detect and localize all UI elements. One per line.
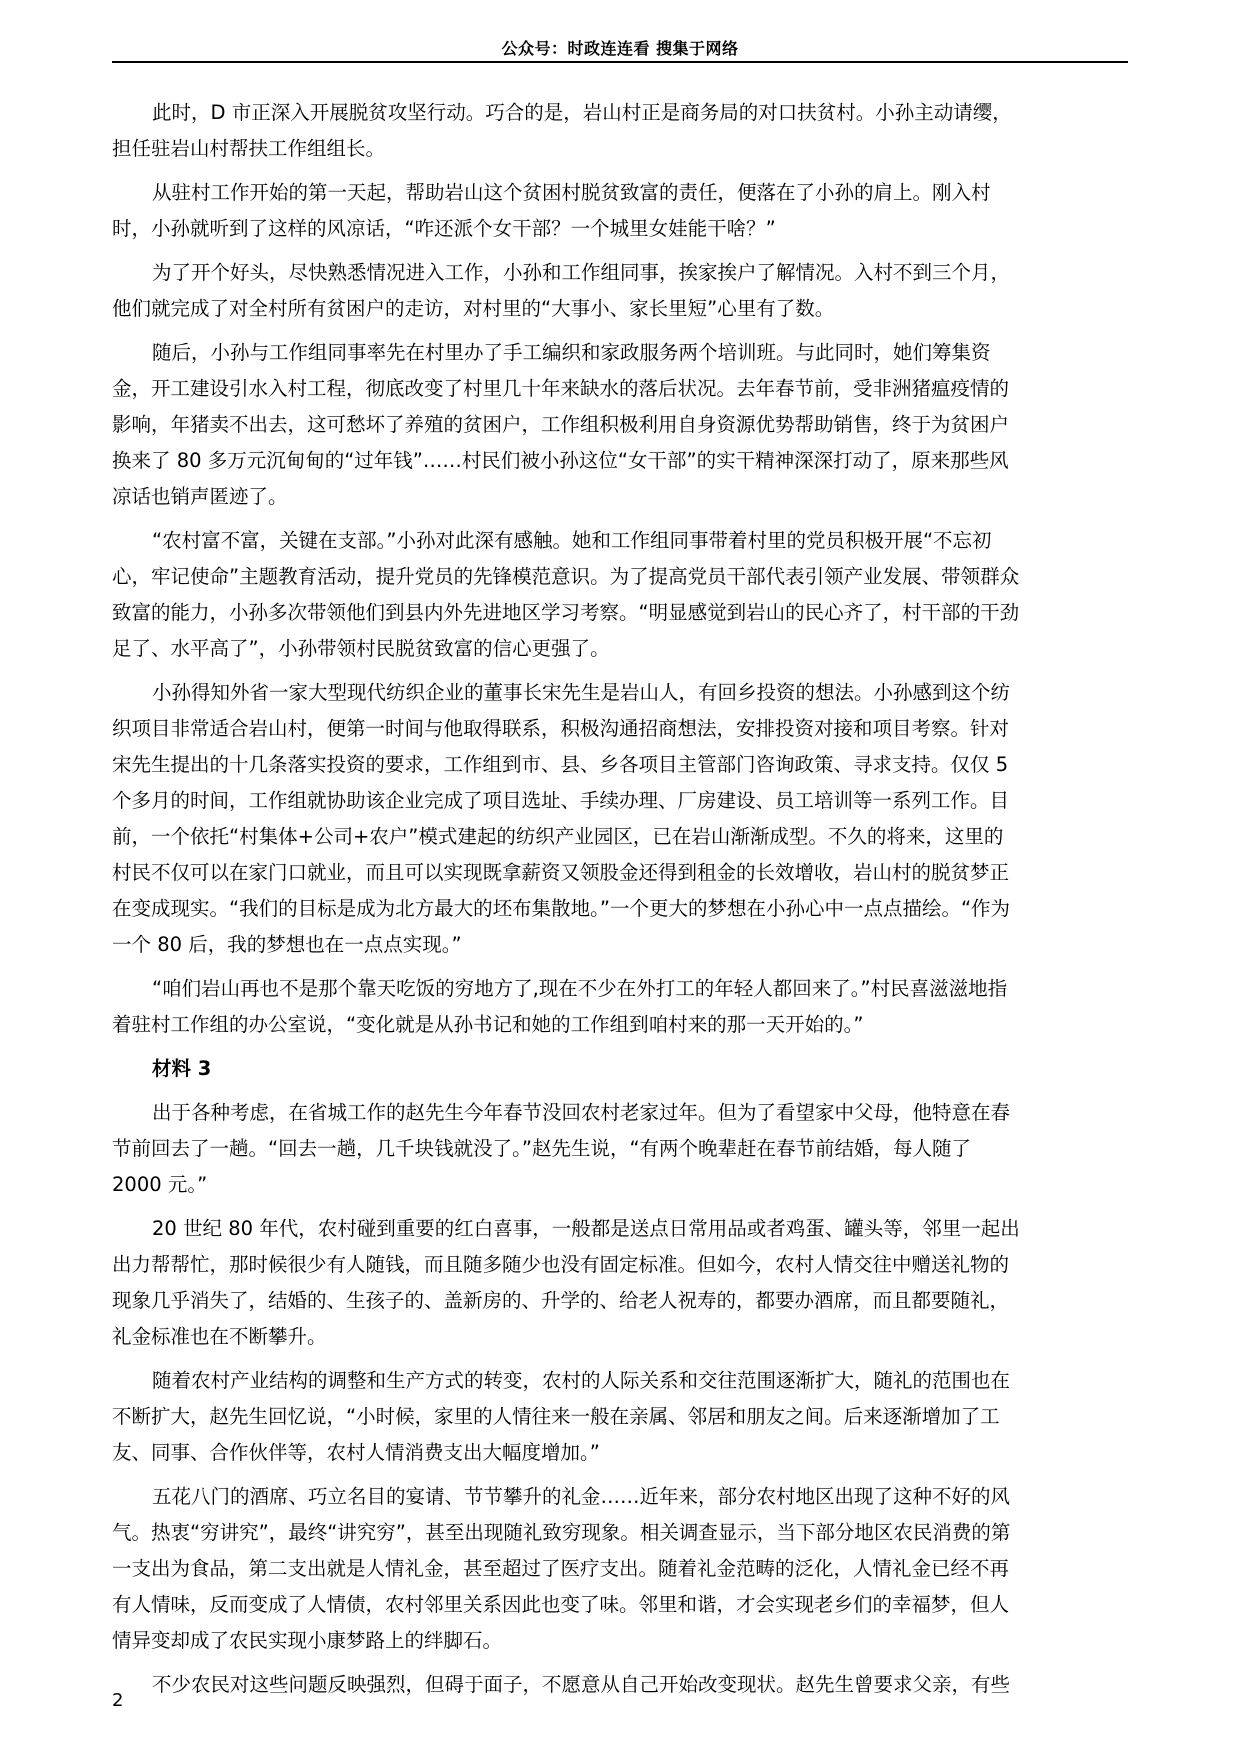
paragraph: 此时，D 市正深入开展脱贫攻坚行动。巧合的是，岩山村正是商务局的对口扶贫村。小孙… [112,95,1112,167]
text-line: 出于各种考虑，在省城工作的赵先生今年春节没回农村老家过年。但为了看望家中父母，他… [112,1095,1112,1131]
text-line: 有人情味，反而变成了人情债，农村邻里关系因此也变了味。邻里和谐，才会实现老乡们的… [112,1587,1112,1623]
text-line: 足了、水平高了”，小孙带领村民脱贫致富的信心更强了。 [112,631,1112,667]
text-line: 气。热衷“穷讲究”，最终“讲究穷”，甚至出现随礼致穷现象。相关调查显示，当下部分… [112,1515,1112,1551]
text-line: 他们就完成了对全村所有贫困户的走访，对村里的“大事小、家长里短”心里有了数。 [112,291,1112,327]
header-rule [112,61,1128,63]
text-line: 一支出为食品，第二支出就是人情礼金，甚至超过了医疗支出。随着礼金范畴的泛化，人情… [112,1551,1112,1587]
text-line: 此时，D 市正深入开展脱贫攻坚行动。巧合的是，岩山村正是商务局的对口扶贫村。小孙… [112,95,1112,131]
paragraph: 五花八门的酒席、巧立名目的宴请、节节攀升的礼金……近年来，部分农村地区出现了这种… [112,1479,1112,1659]
paragraph: 小孙得知外省一家大型现代纺织企业的董事长宋先生是岩山人，有回乡投资的想法。小孙感… [112,675,1112,963]
text-line: 从驻村工作开始的第一天起，帮助岩山这个贫困村脱贫致富的责任，便落在了小孙的肩上。… [112,175,1112,211]
text-line: 织项目非常适合岩山村，便第一时间与他取得联系，积极沟通招商想法，安排投资对接和项… [112,711,1112,747]
text-line: 致富的能力，小孙多次带领他们到县内外先进地区学习考察。“明显感觉到岩山的民心齐了… [112,595,1112,631]
material-3-paragraphs: 出于各种考虑，在省城工作的赵先生今年春节没回农村老家过年。但为了看望家中父母，他… [112,1095,1112,1703]
text-line: 随着农村产业结构的调整和生产方式的转变，农村的人际关系和交往范围逐渐扩大，随礼的… [112,1363,1112,1399]
paragraph: 从驻村工作开始的第一天起，帮助岩山这个贫困村脱贫致富的责任，便落在了小孙的肩上。… [112,175,1112,247]
text-line: 友、同事、合作伙伴等，农村人情消费支出大幅度增加。” [112,1435,1112,1471]
text-line: 担任驻岩山村帮扶工作组组长。 [112,131,1112,167]
paragraph: 不少农民对这些问题反映强烈，但碍于面子，不愿意从自己开始改变现状。赵先生曾要求父… [112,1667,1112,1703]
text-line: 节前回去了一趟。“回去一趟，几千块钱就没了。”赵先生说，“有两个晚辈赶在春节前结… [112,1131,1112,1167]
text-line: “咱们岩山再也不是那个靠天吃饭的穷地方了,现在不少在外打工的年轻人都回来了。”村… [112,971,1112,1007]
paragraph: 为了开个好头，尽快熟悉情况进入工作，小孙和工作组同事，挨家挨户了解情况。入村不到… [112,255,1112,327]
material-2-paragraphs: 此时，D 市正深入开展脱贫攻坚行动。巧合的是，岩山村正是商务局的对口扶贫村。小孙… [112,95,1112,1043]
text-line: 心，牢记使命”主题教育活动，提升党员的先锋模范意识。为了提高党员干部代表引领产业… [112,559,1112,595]
text-line: 出力帮帮忙，那时候很少有人随钱，而且随多随少也没有固定标准。但如今，农村人情交往… [112,1247,1112,1283]
page-header: 公众号：时政连连看 搜集于网络 [112,36,1128,59]
text-line: “农村富不富，关键在支部。”小孙对此深有感触。她和工作组同事带着村里的党员积极开… [112,523,1112,559]
text-line: 着驻村工作组的办公室说，“变化就是从孙书记和她的工作组到咱村来的那一天开始的。” [112,1007,1112,1043]
document-body: 此时，D 市正深入开展脱贫攻坚行动。巧合的是，岩山村正是商务局的对口扶贫村。小孙… [112,95,1112,1711]
paragraph: 随着农村产业结构的调整和生产方式的转变，农村的人际关系和交往范围逐渐扩大，随礼的… [112,1363,1112,1471]
text-line: 凉话也销声匿迹了。 [112,479,1112,515]
text-line: 为了开个好头，尽快熟悉情况进入工作，小孙和工作组同事，挨家挨户了解情况。入村不到… [112,255,1112,291]
text-line: 小孙得知外省一家大型现代纺织企业的董事长宋先生是岩山人，有回乡投资的想法。小孙感… [112,675,1112,711]
paragraph: 随后，小孙与工作组同事率先在村里办了手工编织和家政服务两个培训班。与此同时，她们… [112,335,1112,515]
text-line: 不少农民对这些问题反映强烈，但碍于面子，不愿意从自己开始改变现状。赵先生曾要求父… [112,1667,1112,1703]
text-line: 情异变却成了农民实现小康梦路上的绊脚石。 [112,1623,1112,1659]
text-line: 20 世纪 80 年代，农村碰到重要的红白喜事，一般都是送点日常用品或者鸡蛋、罐… [112,1211,1112,1247]
text-line: 时，小孙就听到了这样的风凉话，“咋还派个女干部？一个城里女娃能干啥？” [112,211,1112,247]
page-number: 2 [112,1690,123,1711]
paragraph: 出于各种考虑，在省城工作的赵先生今年春节没回农村老家过年。但为了看望家中父母，他… [112,1095,1112,1203]
text-line: 五花八门的酒席、巧立名目的宴请、节节攀升的礼金……近年来，部分农村地区出现了这种… [112,1479,1112,1515]
paragraph: “咱们岩山再也不是那个靠天吃饭的穷地方了,现在不少在外打工的年轻人都回来了。”村… [112,971,1112,1043]
paragraph: 20 世纪 80 年代，农村碰到重要的红白喜事，一般都是送点日常用品或者鸡蛋、罐… [112,1211,1112,1355]
text-line: 一个 80 后，我的梦想也在一点点实现。” [112,927,1112,963]
text-line: 村民不仅可以在家门口就业，而且可以实现既拿薪资又领股金还得到租金的长效增收，岩山… [112,855,1112,891]
section-heading: 材料 3 [112,1051,1112,1087]
text-line: 不断扩大，赵先生回忆说，“小时候，家里的人情往来一般在亲属、邻居和朋友之间。后来… [112,1399,1112,1435]
text-line: 影响，年猪卖不出去，这可愁坏了养殖的贫困户，工作组积极利用自身资源优势帮助销售，… [112,407,1112,443]
text-line: 宋先生提出的十几条落实投资的要求，工作组到市、县、乡各项目主管部门咨询政策、寻求… [112,747,1112,783]
text-line: 前，一个依托“村集体+公司+农户”模式建起的纺织产业园区，已在岩山渐渐成型。不久… [112,819,1112,855]
paragraph: “农村富不富，关键在支部。”小孙对此深有感触。她和工作组同事带着村里的党员积极开… [112,523,1112,667]
text-line: 个多月的时间，工作组就协助该企业完成了项目选址、手续办理、厂房建设、员工培训等一… [112,783,1112,819]
text-line: 现象几乎消失了，结婚的、生孩子的、盖新房的、升学的、给老人祝寿的，都要办酒席，而… [112,1283,1112,1319]
text-line: 2000 元。” [112,1167,1112,1203]
text-line: 礼金标准也在不断攀升。 [112,1319,1112,1355]
text-line: 金，开工建设引水入村工程，彻底改变了村里几十年来缺水的落后状况。去年春节前，受非… [112,371,1112,407]
text-line: 随后，小孙与工作组同事率先在村里办了手工编织和家政服务两个培训班。与此同时，她们… [112,335,1112,371]
text-line: 在变成现实。“我们的目标是成为北方最大的坯布集散地。”一个更大的梦想在小孙心中一… [112,891,1112,927]
text-line: 换来了 80 多万元沉甸甸的“过年钱”……村民们被小孙这位“女干部”的实干精神深… [112,443,1112,479]
